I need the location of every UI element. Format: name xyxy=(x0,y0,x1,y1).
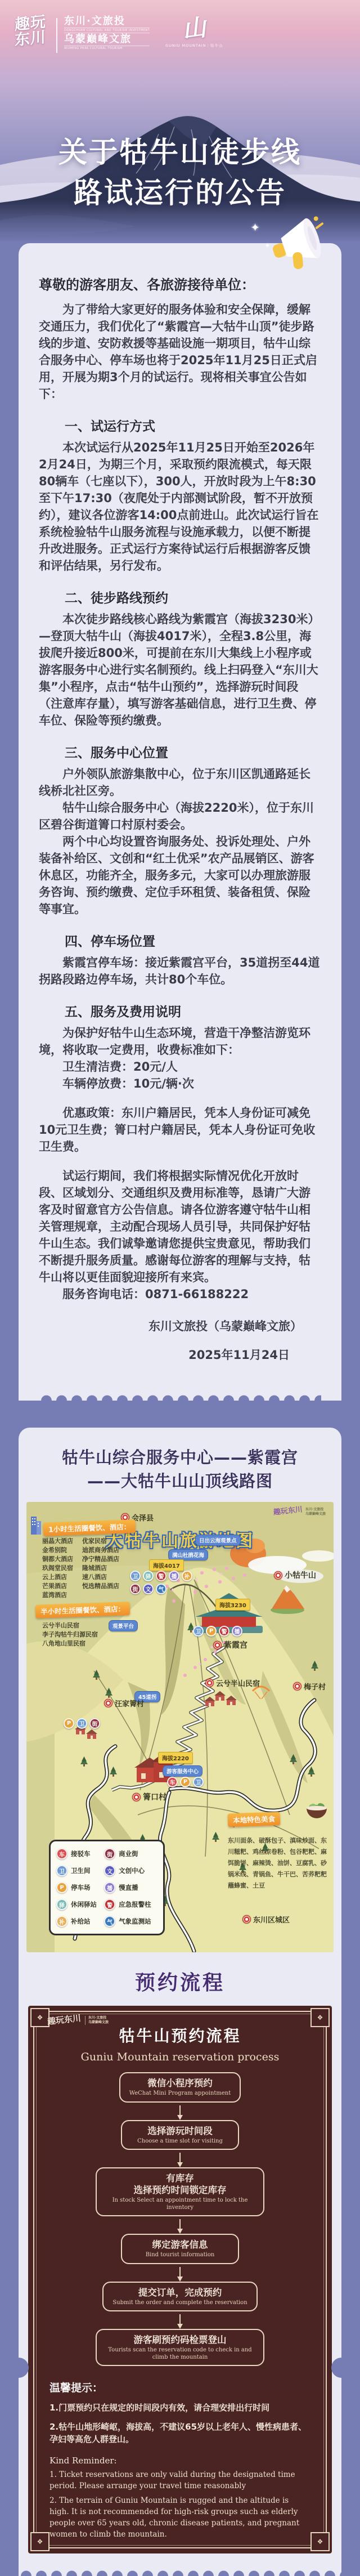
hotel-item: 速八酒店 xyxy=(82,1574,119,1581)
flow-arrow-icon xyxy=(179,2105,181,2118)
map-pin-icon xyxy=(104,1699,112,1707)
hotel-item: 隆城酒店 xyxy=(82,1565,119,1572)
sparkle-icon-small: ✦ xyxy=(265,242,270,249)
food-bowl-icon xyxy=(303,1799,330,1822)
step-label-cn: 游客刷预约码检票登山 xyxy=(106,2334,254,2346)
announcement-date: 2025年11月24日 xyxy=(39,1346,321,1363)
process-section-title: 预约流程 xyxy=(19,1967,341,1996)
process-step-box: 提交订单，完成预约 Submit the order and complete … xyxy=(102,2282,257,2312)
legend-item: 气 气象监测站 xyxy=(104,1916,157,1927)
route-map-title: 牯牛山综合服务中心——紫霞宫 ——大牯牛山山顶线路图 xyxy=(19,1446,341,1493)
facility-icon: P xyxy=(180,1777,191,1787)
legend-icon: 文 xyxy=(104,1865,115,1876)
ticket-notch-left xyxy=(8,2358,29,2378)
process-step: 绑定游客信息 Bind tourist information xyxy=(121,2234,239,2282)
brand-orgs: 东川·文旅投 DONGCHUAN CULTURAL AND TOURISM IN… xyxy=(64,16,150,51)
step-label-en: Submit the order and complete the reserv… xyxy=(112,2300,247,2307)
facility-icon: 车 xyxy=(167,1777,178,1787)
marker-dongchuan-city: 东川区城区 xyxy=(242,1914,290,1925)
ticket-scallop-edge xyxy=(19,2567,341,2576)
section-4-heading: 四、停车场位置 xyxy=(39,931,321,950)
map-pin-icon xyxy=(242,1915,251,1924)
map-pin-icon xyxy=(274,1571,282,1580)
flow-arrow-icon xyxy=(179,2314,181,2327)
megaphone-icon xyxy=(264,209,333,278)
ring2-homestays: 云兮半山民宿李子沟牯牛归源民宿八角地山里民宿 xyxy=(42,1622,98,1649)
section-3-heading: 三、服务中心位置 xyxy=(39,743,321,761)
section-5-heading: 五、服务及费用说明 xyxy=(39,1001,321,1020)
card1-spacer xyxy=(39,1375,321,1392)
process-step-box: 选择游玩时间段 Choose a time slot for visiting xyxy=(121,2120,239,2150)
facility-icon: 卫 xyxy=(193,1626,204,1636)
facility-icon: 播 xyxy=(232,1626,242,1636)
legend-item: 卫 卫生间 xyxy=(56,1865,101,1876)
legend-item: 播 慢直播 xyxy=(104,1882,157,1893)
marker-wangjiaqing: 汪家箐村 xyxy=(104,1698,144,1709)
step-label-en: Tourists scan the reservation code to ch… xyxy=(106,2347,254,2361)
hotel-item: 迪派商务酒店 xyxy=(82,1547,119,1554)
org2-name-en: WUMENG PEAK CULTURAL TOURISM xyxy=(64,46,150,51)
legend-label: 休闲驿站 xyxy=(71,1900,97,1909)
flow-arrow-icon xyxy=(179,2219,181,2231)
process-step-box: 微信小程序预约 WeChat Mini Program appointment xyxy=(119,2072,241,2103)
facility-icon: 警 xyxy=(219,1626,229,1636)
process-step-box: 游客刷预约码检票登山 Tourists scan the reservation… xyxy=(96,2329,264,2366)
section-1-heading: 一、试运行方式 xyxy=(39,416,321,435)
reminder-1-en: 1. Ticket reservations are only valid du… xyxy=(49,2469,310,2492)
legend-item: 补 补给站 xyxy=(56,1916,101,1927)
marker-yunxi-homestay: 云兮半山民宿 xyxy=(205,1678,260,1688)
facility-icon: 播 xyxy=(169,1571,179,1581)
map-pin-icon xyxy=(213,1641,222,1649)
qingkou-facility-icons: 车P卫 xyxy=(167,1777,218,1787)
reminders: 温馨提示： 1.门票预约只在规定的时间段内有效，请合理安排出行时间 2.牯牛山地… xyxy=(43,2380,317,2540)
hotel-list-col2: 优家民宿迪派商务酒店净宁精品酒店隆城酒店速八酒店悦选精品酒店 xyxy=(82,1538,119,1601)
hotel-item: 蓝湾酒店 xyxy=(42,1592,73,1599)
facility-icon: 卫 xyxy=(76,1718,87,1729)
homestay-item: 云兮半山民宿 xyxy=(42,1622,98,1629)
quwan-dongchuan-logo-panel: 趣玩东川 xyxy=(47,2014,81,2026)
facility-icon: 街 xyxy=(89,1718,100,1729)
legend-item: P 停车场 xyxy=(56,1882,101,1893)
step-label-cn: 微信小程序预约 xyxy=(129,2077,231,2089)
policy-paragraph: 优惠政策：东川户籍居民，凭本人身份证可减免10元卫生费；箐口村户籍居民，凭本人身… xyxy=(39,1104,321,1155)
process-step: 选择游玩时间段 Choose a time slot for visiting xyxy=(121,2120,239,2168)
legend-item: 街 商业街 xyxy=(104,1848,157,1859)
process-step-box: 绑定游客信息 Bind tourist information xyxy=(121,2234,239,2264)
tag-visitor-center: 游客服务中心 xyxy=(163,1765,202,1777)
announcement-card: 尊敬的游客朋友、各旅游接待单位： 为了带给大家更好的服务体验和安全保障，缓解交通… xyxy=(19,243,341,1401)
legend-icon: 警 xyxy=(104,1899,115,1910)
legend-icon: 卫 xyxy=(56,1865,67,1876)
map-pin-icon xyxy=(205,1679,214,1687)
header-brand: 趣玩东川 东川·文旅投 DONGCHUAN CULTURAL AND TOURI… xyxy=(15,16,223,53)
process-title: 牯牛山预约流程 xyxy=(43,2024,317,2046)
hotel-item: 净宁精品酒店 xyxy=(82,1556,119,1563)
closing-paragraph: 试运行期间，我们将根据实际情况优化开放时段、区域划分、交通组织及费用标准等，恳请… xyxy=(39,1168,321,1286)
hotel-item: 金希别院 xyxy=(42,1547,73,1554)
legend-icon: 气 xyxy=(104,1916,115,1927)
facility-icon: 街 xyxy=(130,1584,141,1594)
org1-name: 东川·文旅投 xyxy=(64,16,150,27)
step-label-cn2: 选择预约时间锁定库存 xyxy=(106,2184,254,2196)
hotel-item: 芒果酒店 xyxy=(42,1583,73,1590)
step-label-cn: 绑定游客信息 xyxy=(131,2239,229,2251)
legend-item: 车 接驳车 xyxy=(56,1848,101,1859)
flow-arrow-icon xyxy=(179,2153,181,2165)
reminder-1: 1.门票预约只在规定的时间段内有效，请合理安排出行时间 xyxy=(49,2401,310,2414)
reminder-2-en: 2. The terrain of Guniu Mountain is rugg… xyxy=(49,2495,310,2540)
fee-parking: 车辆停放费：10元/辆·次 xyxy=(39,1075,321,1092)
step-label-cn: 选择游玩时间段 xyxy=(131,2125,229,2137)
hotel-item: 铜都大酒店 xyxy=(42,1556,73,1563)
quwan-dongchuan-logo-small: 趣玩东川 xyxy=(273,1506,303,1518)
legend-label: 接驳车 xyxy=(71,1849,91,1858)
facility-icon: 警 xyxy=(156,1571,166,1581)
fee-sanitation: 卫生清洁费：20元/人 xyxy=(39,1058,321,1075)
legend-label: 应急报警柱 xyxy=(119,1900,151,1909)
reminder-2: 2.牯牛山地形崎岖，海拔高，不建议65岁以上老年人、慢性病患者、孕妇等高危人群登… xyxy=(49,2421,310,2445)
panel-brand-orgs: 东川·文旅投 乌蒙巅峰文旅 xyxy=(85,2016,109,2025)
building-icon xyxy=(30,1513,42,1536)
route-map-title-line2: ——大牯牛山山顶线路图 xyxy=(19,1469,341,1493)
org1-name-en: DONGCHUAN CULTURAL AND TOURISM INVESTMEN… xyxy=(64,28,150,33)
brand-divider xyxy=(56,18,57,53)
facility-icon: 补 xyxy=(182,1571,192,1581)
ticket-scallop-edge xyxy=(39,1392,321,1401)
legend-label: 文创中心 xyxy=(119,1866,145,1875)
reservation-panel: ❖ ❖ ❖ ❖ 趣玩东川 东川·文旅投 乌蒙巅峰文旅 牯牛山预约流程 Guniu… xyxy=(28,2006,332,2553)
tag-sunrise-viewpoint: 日出云海观景点 xyxy=(195,1535,241,1546)
ring1-hotels: 丽晶大酒店金希别院铜都大酒店玖阁堂民宿云上酒店芒果酒店蓝湾酒店 优家民宿迪派商务… xyxy=(42,1538,119,1601)
legend-icon: 播 xyxy=(104,1882,115,1893)
legend-icon: 驿 xyxy=(56,1899,67,1910)
marker-qingkou: 箐口村 xyxy=(132,1791,166,1803)
poster-page: 趣玩东川 东川·文旅投 DONGCHUAN CULTURAL AND TOURI… xyxy=(0,0,360,2576)
hero-section: 趣玩东川 东川·文旅投 DONGCHUAN CULTURAL AND TOURI… xyxy=(0,0,360,242)
poster-title: 关于牯牛山徒步线 路试运行的公告 xyxy=(0,133,360,214)
reminder-title-en: Kind Reminder: xyxy=(49,2456,310,2466)
legend-label: 慢直播 xyxy=(119,1883,138,1892)
tag-elevation-3230: 海拔3230 xyxy=(215,1599,250,1611)
step-label-en: In stock Select an appointment time to l… xyxy=(106,2197,254,2211)
hotel-item: 丽晶大酒店 xyxy=(42,1538,73,1545)
quwan-dongchuan-logo: 趣玩东川 xyxy=(15,14,49,48)
guniu-mountain-logo: 山 GUNIU MOUNTAIN｜牯牛山 xyxy=(165,17,223,48)
legend-icon: 补 xyxy=(56,1916,67,1927)
section-3-paragraph-1: 户外领队旅游集散中心，位于东川区凯通路延长线桥北社区旁。 xyxy=(39,766,321,799)
facility-icon: P xyxy=(64,1718,74,1729)
homestay-item: 李子沟牯牛归源民宿 xyxy=(42,1631,98,1638)
facility-icon: 文 xyxy=(143,1584,154,1594)
section-2-paragraph: 本次徒步路线核心路线为紫霞宫（海拔3230米）—登顶大牯牛山（海拔4017米），… xyxy=(39,611,321,729)
summit-facility-icons: 卫驿警播补街文气 xyxy=(130,1571,196,1594)
map-brand-orgs: 东川·文旅投 乌蒙巅峰文旅 xyxy=(305,1508,326,1517)
facility-icon: 卫 xyxy=(193,1777,204,1787)
step-label-cn: 提交订单，完成预约 xyxy=(112,2287,247,2298)
fee-intro: 为保护好牯牛山生态环境，营造干净整洁游览环境，将收取一定费用，收费标准如下： xyxy=(39,1025,321,1058)
section-2-heading: 二、徒步路线预约 xyxy=(39,588,321,606)
corner-ornament-icon: ❖ xyxy=(30,2532,49,2551)
homestay-item: 八角地山里民宿 xyxy=(42,1640,98,1647)
section-3-paragraph-2: 牯牛山综合服务中心（海拔2220米），位于东川区碧谷街道箐口村原村委会。 xyxy=(39,799,321,833)
legend-label: 气象监测站 xyxy=(119,1917,151,1926)
service-phone: 服务咨询电话：0871-66188222 xyxy=(39,1286,321,1303)
facility-icon: P xyxy=(206,1626,217,1636)
marker-zixiagong: 紫霞宫 xyxy=(213,1639,247,1651)
hotel-item: 玖阁堂民宿 xyxy=(42,1565,73,1572)
section-1-paragraph: 本次试运行从2025年11月25日开始至2026年2月24日，为期三个月，采取预… xyxy=(39,439,321,574)
process-step: 游客刷预约码检票登山 Tourists scan the reservation… xyxy=(96,2329,264,2366)
process-step: 有库存 选择预约时间锁定库存 In stock Select an appoin… xyxy=(96,2167,264,2234)
legend-icon: 车 xyxy=(56,1848,67,1859)
tag-elevation-2220: 海拔2220 xyxy=(158,1752,193,1764)
section-3-paragraph-3: 两个中心均设置咨询服务处、投诉处理处、户外装备补给区、文创和“红土优采”农产品展… xyxy=(39,833,321,918)
hotel-item: 优家民宿 xyxy=(82,1538,119,1545)
legend-icon: 街 xyxy=(104,1848,115,1859)
hotel-list-col1: 丽晶大酒店金希别院铜都大酒店玖阁堂民宿云上酒店芒果酒店蓝湾酒店 xyxy=(42,1538,73,1601)
process-step: 微信小程序预约 WeChat Mini Program appointment xyxy=(119,2072,241,2120)
legend-icon: P xyxy=(56,1882,67,1893)
policy-label: 优惠政策： xyxy=(62,1106,121,1120)
hotel-item: 云上酒店 xyxy=(42,1574,73,1581)
step-label-cn: 有库存 xyxy=(106,2172,254,2184)
map-legend: 车 接驳车 卫 卫生间 P 停车场 驿 休闲驿站 补 补给站 xyxy=(49,1840,165,1935)
process-step: 提交订单，完成预约 Submit the order and complete … xyxy=(102,2282,257,2329)
sparkle-icon: ✦ xyxy=(250,221,260,234)
legend-item: 驿 休闲驿站 xyxy=(56,1899,101,1910)
legend-label: 停车场 xyxy=(71,1883,91,1892)
marker-xiaoguniu: 小牯牛山 xyxy=(274,1569,316,1581)
map-brand-logos: 趣玩东川 东川·文旅投 乌蒙巅峰文旅 xyxy=(273,1508,326,1517)
poster-title-line2: 路试运行的公告 xyxy=(0,173,360,214)
process-subtitle: Guniu Mountain reservation process xyxy=(43,2051,317,2063)
process-step-box: 有库存 选择预约时间锁定库存 In stock Select an appoin… xyxy=(96,2167,264,2216)
mountain-glyph-icon: 山 xyxy=(181,15,208,42)
marker-meizicun: 梅子村 xyxy=(293,1681,326,1692)
legend-label: 补给站 xyxy=(71,1917,91,1926)
corner-ornament-icon: ❖ xyxy=(310,2532,330,2551)
step-label-en: Choose a time slot for visiting xyxy=(131,2138,229,2145)
guniu-mountain-label: GUNIU MOUNTAIN｜牯牛山 xyxy=(165,43,223,48)
corner-ornament-icon: ❖ xyxy=(310,2008,330,2027)
legend-label: 商业街 xyxy=(119,1849,138,1858)
legend-label: 卫生间 xyxy=(71,1866,91,1875)
map-card: 牯牛山综合服务中心——紫霞宫 ——大牯牛山山顶线路图 xyxy=(19,1428,341,2576)
intro-paragraph: 为了带给大家更好的服务体验和安全保障，缓解交通压力，我们优化了“紫霞宫—大牯牛山… xyxy=(39,301,321,402)
wangjiaqing-facility-icons: P卫街 xyxy=(64,1718,114,1729)
tag-azalea-sea: 满山杜鹃花海 xyxy=(168,1549,208,1560)
local-food-list: 东川面条、破酥包子、滇味炒面、东川糍粑、鸡丝凉卷粉、包谷粑粑、麻饵脆饼、麻辣烫、… xyxy=(228,1835,327,1891)
tag-elevation-4017: 海拔4017 xyxy=(149,1559,184,1571)
zixiagong-facility-icons: 卫P警播 xyxy=(193,1626,255,1636)
section-4-paragraph: 紫霞宫停车场：接近紫霞宫平台，35道拐至44道拐路段路边停车场，共计80个车位。 xyxy=(39,954,321,988)
org2-name: 乌蒙巅峰文旅 xyxy=(64,34,150,45)
tourist-map: 大牯牛山旅游地图 会泽县 趣玩东川 东川·文旅投 乌蒙巅峰文旅 1小时生活圈餐饮… xyxy=(26,1502,334,1952)
legend-item: 文 文创中心 xyxy=(104,1865,157,1876)
facility-icon: 气 xyxy=(156,1584,166,1594)
poster-title-line1: 关于牯牛山徒步线 xyxy=(0,133,360,173)
facility-icon: 卫 xyxy=(130,1571,141,1581)
flow-arrow-icon xyxy=(179,2267,181,2279)
step-label-en: Bind tourist information xyxy=(131,2252,229,2259)
ticket-notch-right xyxy=(331,2358,352,2378)
route-map-title-line1: 牯牛山综合服务中心——紫霞宫 xyxy=(19,1446,341,1469)
map-pin-icon xyxy=(293,1682,301,1690)
legend-item: 警 应急报警柱 xyxy=(104,1899,157,1910)
local-food-banner: 本地特色美食 xyxy=(228,1812,281,1827)
hotel-item: 悦选精品酒店 xyxy=(82,1583,119,1590)
panel-brand: 趣玩东川 东川·文旅投 乌蒙巅峰文旅 xyxy=(47,2016,109,2025)
process-flowchart: 微信小程序预约 WeChat Mini Program appointment … xyxy=(90,2072,270,2366)
step-label-en: WeChat Mini Program appointment xyxy=(129,2090,231,2098)
map-pin-icon xyxy=(132,1793,141,1801)
reminder-title: 温馨提示： xyxy=(49,2380,310,2395)
signature: 东川文旅投（乌蒙巅峰文旅） xyxy=(39,1317,321,1334)
tag-viewing-platform: 观景平台 xyxy=(109,1620,138,1631)
facility-icon: 驿 xyxy=(143,1571,154,1581)
card2-spacer xyxy=(19,2553,341,2567)
